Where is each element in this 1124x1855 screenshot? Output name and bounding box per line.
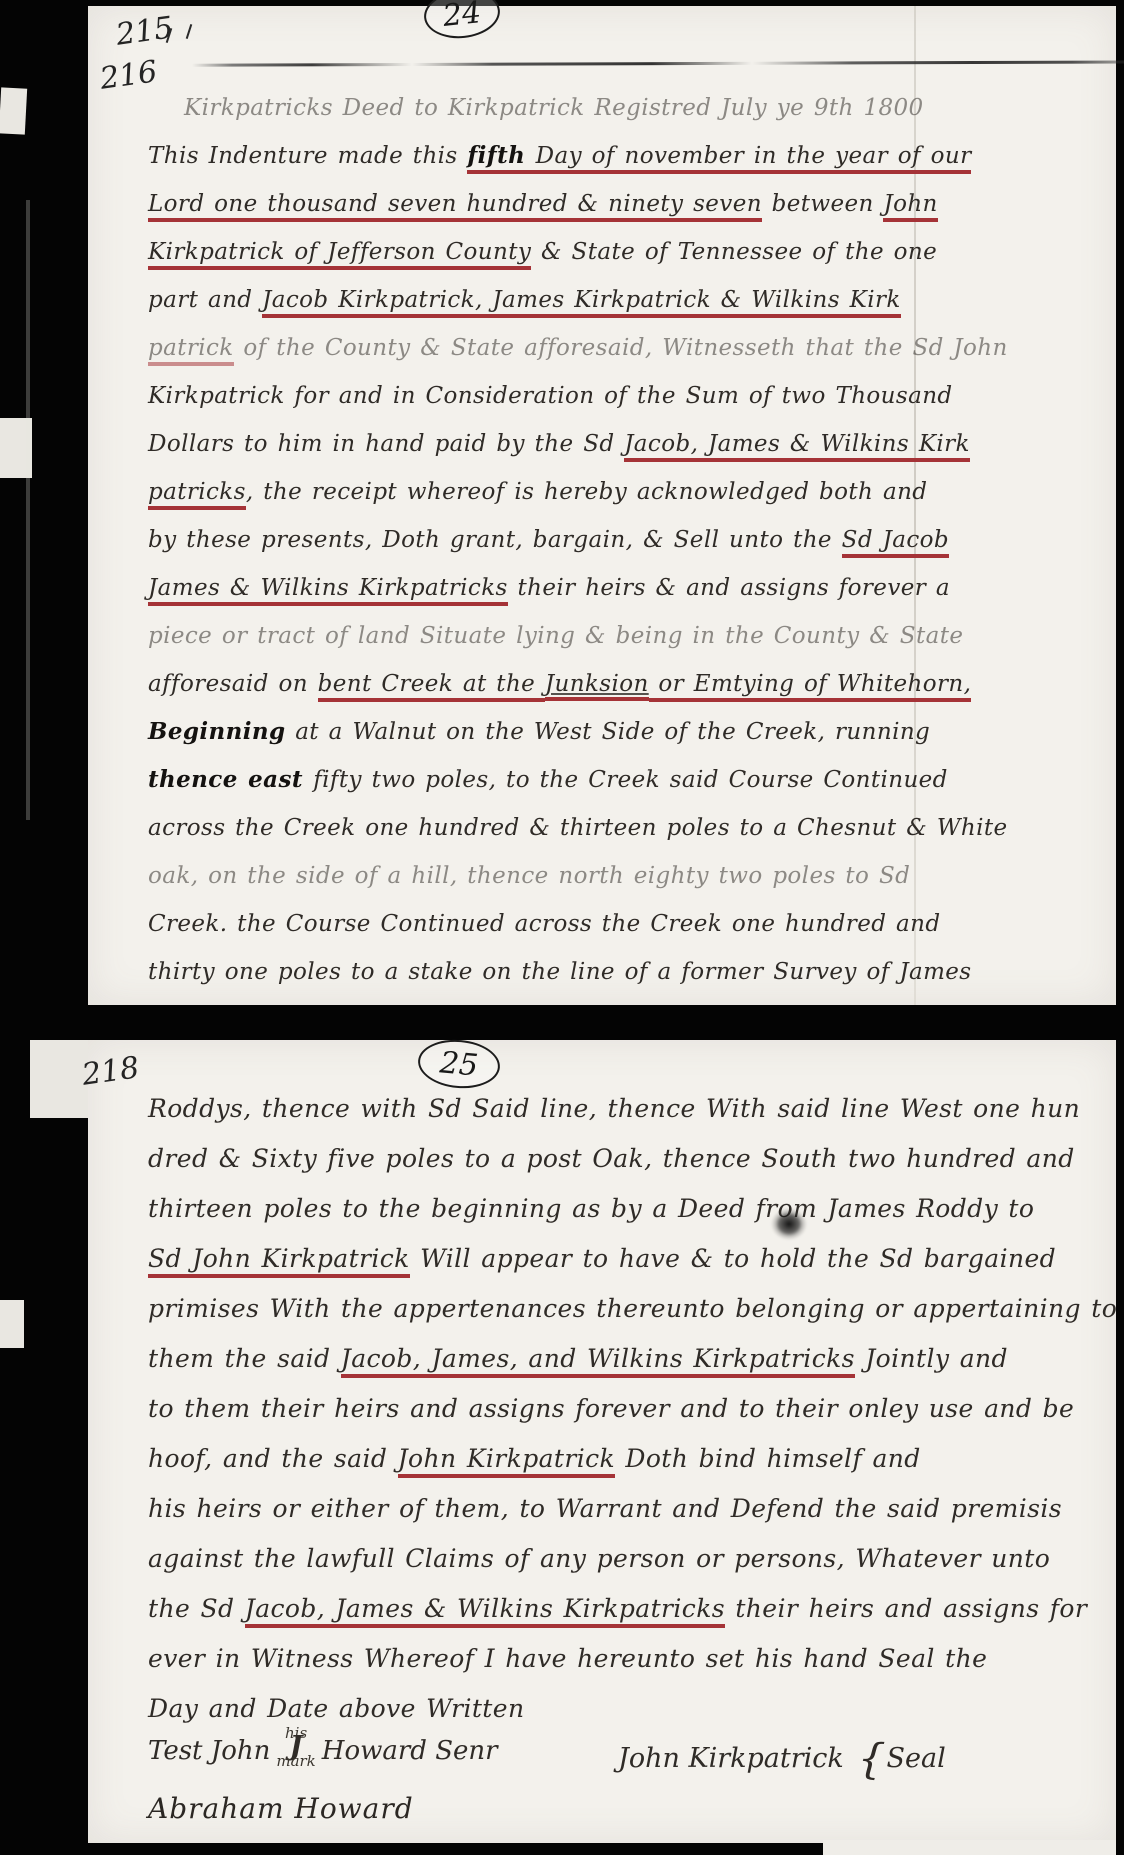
text-segment: fifty two poles, to the Creek said Cours…	[313, 767, 948, 793]
manuscript-line: thirteen poles to the beginning as by a …	[148, 1184, 1108, 1234]
text-segment: Jacob Kirkpatrick, James Kirkpatrick & W…	[262, 287, 901, 318]
text-segment: Day and Date above Written	[148, 1694, 524, 1723]
text-segment: hoof, and the said	[148, 1444, 398, 1473]
witness-suffix: Howard Senr	[322, 1736, 498, 1766]
margin-number-top: 215	[114, 10, 176, 53]
text-segment: part and	[148, 287, 262, 313]
text-segment: John Kirkpatrick	[398, 1444, 615, 1478]
text-segment: afforesaid on	[148, 671, 318, 697]
text-segment: Kirkpatrick of Jefferson County	[148, 239, 531, 270]
manuscript-line: his heirs or either of them, to Warrant …	[148, 1484, 1108, 1534]
manuscript-line: thence east fifty two poles, to the Cree…	[148, 756, 1078, 804]
deed-text-page-24: Kirkpatricks Deed to Kirkpatrick Registr…	[148, 84, 1078, 996]
text-segment: thirty one poles to a stake on the line …	[148, 959, 972, 985]
text-segment: their heirs and assigns for	[725, 1594, 1087, 1623]
text-segment: oak, on the side of a hill, thence north…	[148, 863, 910, 889]
deed-page-25: 25 218 Roddys, thence with Sd Said line,…	[88, 1040, 1116, 1843]
text-segment: Junksion	[545, 671, 649, 701]
text-segment: dred & Sixty five poles to a post Oak, t…	[148, 1144, 1075, 1173]
text-segment: the Sd	[148, 1594, 245, 1623]
text-segment: Roddys, thence with Sd Said line, thence…	[148, 1094, 1080, 1123]
text-segment: to them their heirs and assigns forever …	[148, 1394, 1074, 1423]
text-segment: Doth bind himself and	[615, 1444, 921, 1473]
principal-signature: John Kirkpatrick { Seal	[618, 1734, 946, 1783]
manuscript-line: primises With the appertenances thereunt…	[148, 1284, 1108, 1334]
manuscript-line: Kirkpatricks Deed to Kirkpatrick Registr…	[184, 84, 1078, 132]
manuscript-line: Kirkpatrick for and in Consideration of …	[148, 372, 1078, 420]
text-segment: piece or tract of land Situate lying & b…	[148, 623, 963, 649]
manuscript-line: them the said Jacob, James, and Wilkins …	[148, 1334, 1108, 1384]
text-segment: by these presents, Doth grant, bargain, …	[148, 527, 842, 553]
manuscript-line: piece or tract of land Situate lying & b…	[148, 612, 1078, 660]
text-segment: them the said	[148, 1344, 341, 1373]
ink-blot	[771, 1208, 807, 1240]
manuscript-line: Kirkpatrick of Jefferson County & State …	[148, 228, 1078, 276]
text-segment: Day of november in the year of our	[536, 143, 972, 174]
gutter-streak	[0, 87, 27, 134]
pen-mark	[186, 24, 193, 39]
manuscript-line: This Indenture made this fifth Day of no…	[148, 132, 1078, 180]
witness-prefix: Test John	[148, 1736, 270, 1766]
text-segment: across the Creek one hundred & thirteen …	[148, 815, 1008, 841]
text-segment: between	[762, 191, 884, 217]
manuscript-line: part and Jacob Kirkpatrick, James Kirkpa…	[148, 276, 1078, 324]
mark-below: mark	[276, 1754, 315, 1768]
principal-name: John Kirkpatrick	[618, 1743, 844, 1774]
gutter-streak	[0, 1300, 24, 1348]
text-segment: their heirs & and assigns forever a	[508, 575, 950, 601]
manuscript-line: Creek. the Course Continued across the C…	[148, 900, 1078, 948]
text-segment: Jacob, James & Wilkins Kirk	[624, 431, 970, 462]
text-segment: his heirs or either of them, to Warrant …	[148, 1494, 1062, 1523]
manuscript-line: thirty one poles to a stake on the line …	[148, 948, 1078, 996]
gutter-streak	[30, 1040, 88, 1118]
manuscript-line: afforesaid on bent Creek at the Junksion…	[148, 660, 1078, 708]
text-segment: ever in Witness Whereof I have hereunto …	[148, 1644, 987, 1673]
text-segment: & State of Tennessee of the one	[531, 239, 937, 265]
manuscript-line: by these presents, Doth grant, bargain, …	[148, 516, 1078, 564]
text-segment: Creek. the Course Continued across the C…	[148, 911, 941, 937]
text-segment: Kirkpatrick for and in Consideration of …	[148, 383, 953, 409]
page-number: 24	[441, 0, 483, 33]
manuscript-line: Dollars to him in hand paid by the Sd Ja…	[148, 420, 1078, 468]
text-segment: Sd John Kirkpatrick	[148, 1244, 410, 1278]
manuscript-line: Sd John Kirkpatrick Will appear to have …	[148, 1234, 1108, 1284]
manuscript-line: hoof, and the said John Kirkpatrick Doth…	[148, 1434, 1108, 1484]
scan-edge-patch	[823, 1840, 1116, 1855]
witness-signature: Test John his J mark Howard Senr	[148, 1730, 498, 1772]
text-segment: against the lawfull Claims of any person…	[148, 1544, 1050, 1573]
text-segment: primises With the appertenances thereunt…	[148, 1294, 1117, 1323]
text-segment: Lord one thousand seven hundred & ninety…	[148, 191, 762, 222]
signature-row: Test John his J mark Howard Senr John Ki…	[148, 1730, 1108, 1772]
scanned-document: 24 215 216 Kirkpatricks Deed to Kirkpatr…	[0, 0, 1124, 1855]
page-number: 25	[438, 1045, 479, 1083]
text-segment: Jacob, James, and Wilkins Kirkpatricks	[341, 1344, 855, 1378]
text-segment: fifth	[467, 142, 535, 174]
witness2-signature: Abraham Howard	[148, 1792, 414, 1825]
text-segment: thence east	[148, 766, 313, 793]
text-segment: Kirkpatricks Deed to Kirkpatrick Registr…	[184, 95, 924, 121]
deed-page-24: 24 215 216 Kirkpatricks Deed to Kirkpatr…	[88, 6, 1116, 1005]
text-segment: patrick	[148, 335, 234, 366]
manuscript-line: against the lawfull Claims of any person…	[148, 1534, 1108, 1584]
seal-label: Seal	[887, 1743, 946, 1774]
text-segment: of the County & State afforesaid, Witnes…	[234, 335, 1008, 361]
text-segment: Beginning	[148, 718, 285, 745]
text-segment: Sd Jacob	[842, 527, 949, 558]
manuscript-line: ever in Witness Whereof I have hereunto …	[148, 1634, 1108, 1684]
text-segment: Jacob, James & Wilkins Kirkpatricks	[245, 1594, 725, 1628]
seal-brace: {	[856, 1733, 886, 1784]
manuscript-line: to them their heirs and assigns forever …	[148, 1384, 1108, 1434]
text-segment: bent Creek at the	[318, 671, 545, 702]
deed-text-page-25: Roddys, thence with Sd Said line, thence…	[148, 1084, 1108, 1734]
manuscript-line: dred & Sixty five poles to a post Oak, t…	[148, 1134, 1108, 1184]
manuscript-line: patricks, the receipt whereof is hereby …	[148, 468, 1078, 516]
text-segment: at a Walnut on the West Side of the Cree…	[285, 719, 930, 745]
manuscript-line: Roddys, thence with Sd Said line, thence…	[148, 1084, 1108, 1134]
text-segment: John	[883, 191, 937, 222]
gutter-streak	[26, 200, 30, 820]
text-segment: James & Wilkins Kirkpatricks	[148, 575, 508, 606]
manuscript-line: patrick of the County & State afforesaid…	[148, 324, 1078, 372]
manuscript-line: James & Wilkins Kirkpatricks their heirs…	[148, 564, 1078, 612]
text-segment: This Indenture made this	[148, 143, 467, 169]
manuscript-line: across the Creek one hundred & thirteen …	[148, 804, 1078, 852]
manuscript-line: the Sd Jacob, James & Wilkins Kirkpatric…	[148, 1584, 1108, 1634]
manuscript-line: oak, on the side of a hill, thence north…	[148, 852, 1078, 900]
text-segment: Will appear to have & to hold the Sd bar…	[410, 1244, 1056, 1273]
text-segment: or Emtying of Whitehorn,	[649, 671, 972, 702]
margin-number-entry: 218	[80, 1050, 142, 1093]
manuscript-line: Lord one thousand seven hundred & ninety…	[148, 180, 1078, 228]
text-segment: , the receipt whereof is hereby acknowle…	[246, 479, 928, 505]
his-mark: his J mark	[276, 1726, 315, 1768]
text-segment: Dollars to him in hand paid by the Sd	[148, 431, 624, 457]
text-segment: thirteen poles to the beginning as by a …	[148, 1194, 1034, 1223]
text-segment: Jointly and	[855, 1344, 1008, 1373]
scan-scratch	[192, 60, 1124, 66]
manuscript-line: Beginning at a Walnut on the West Side o…	[148, 708, 1078, 756]
text-segment: patricks	[148, 479, 246, 510]
page-number-oval: 24	[422, 0, 503, 42]
